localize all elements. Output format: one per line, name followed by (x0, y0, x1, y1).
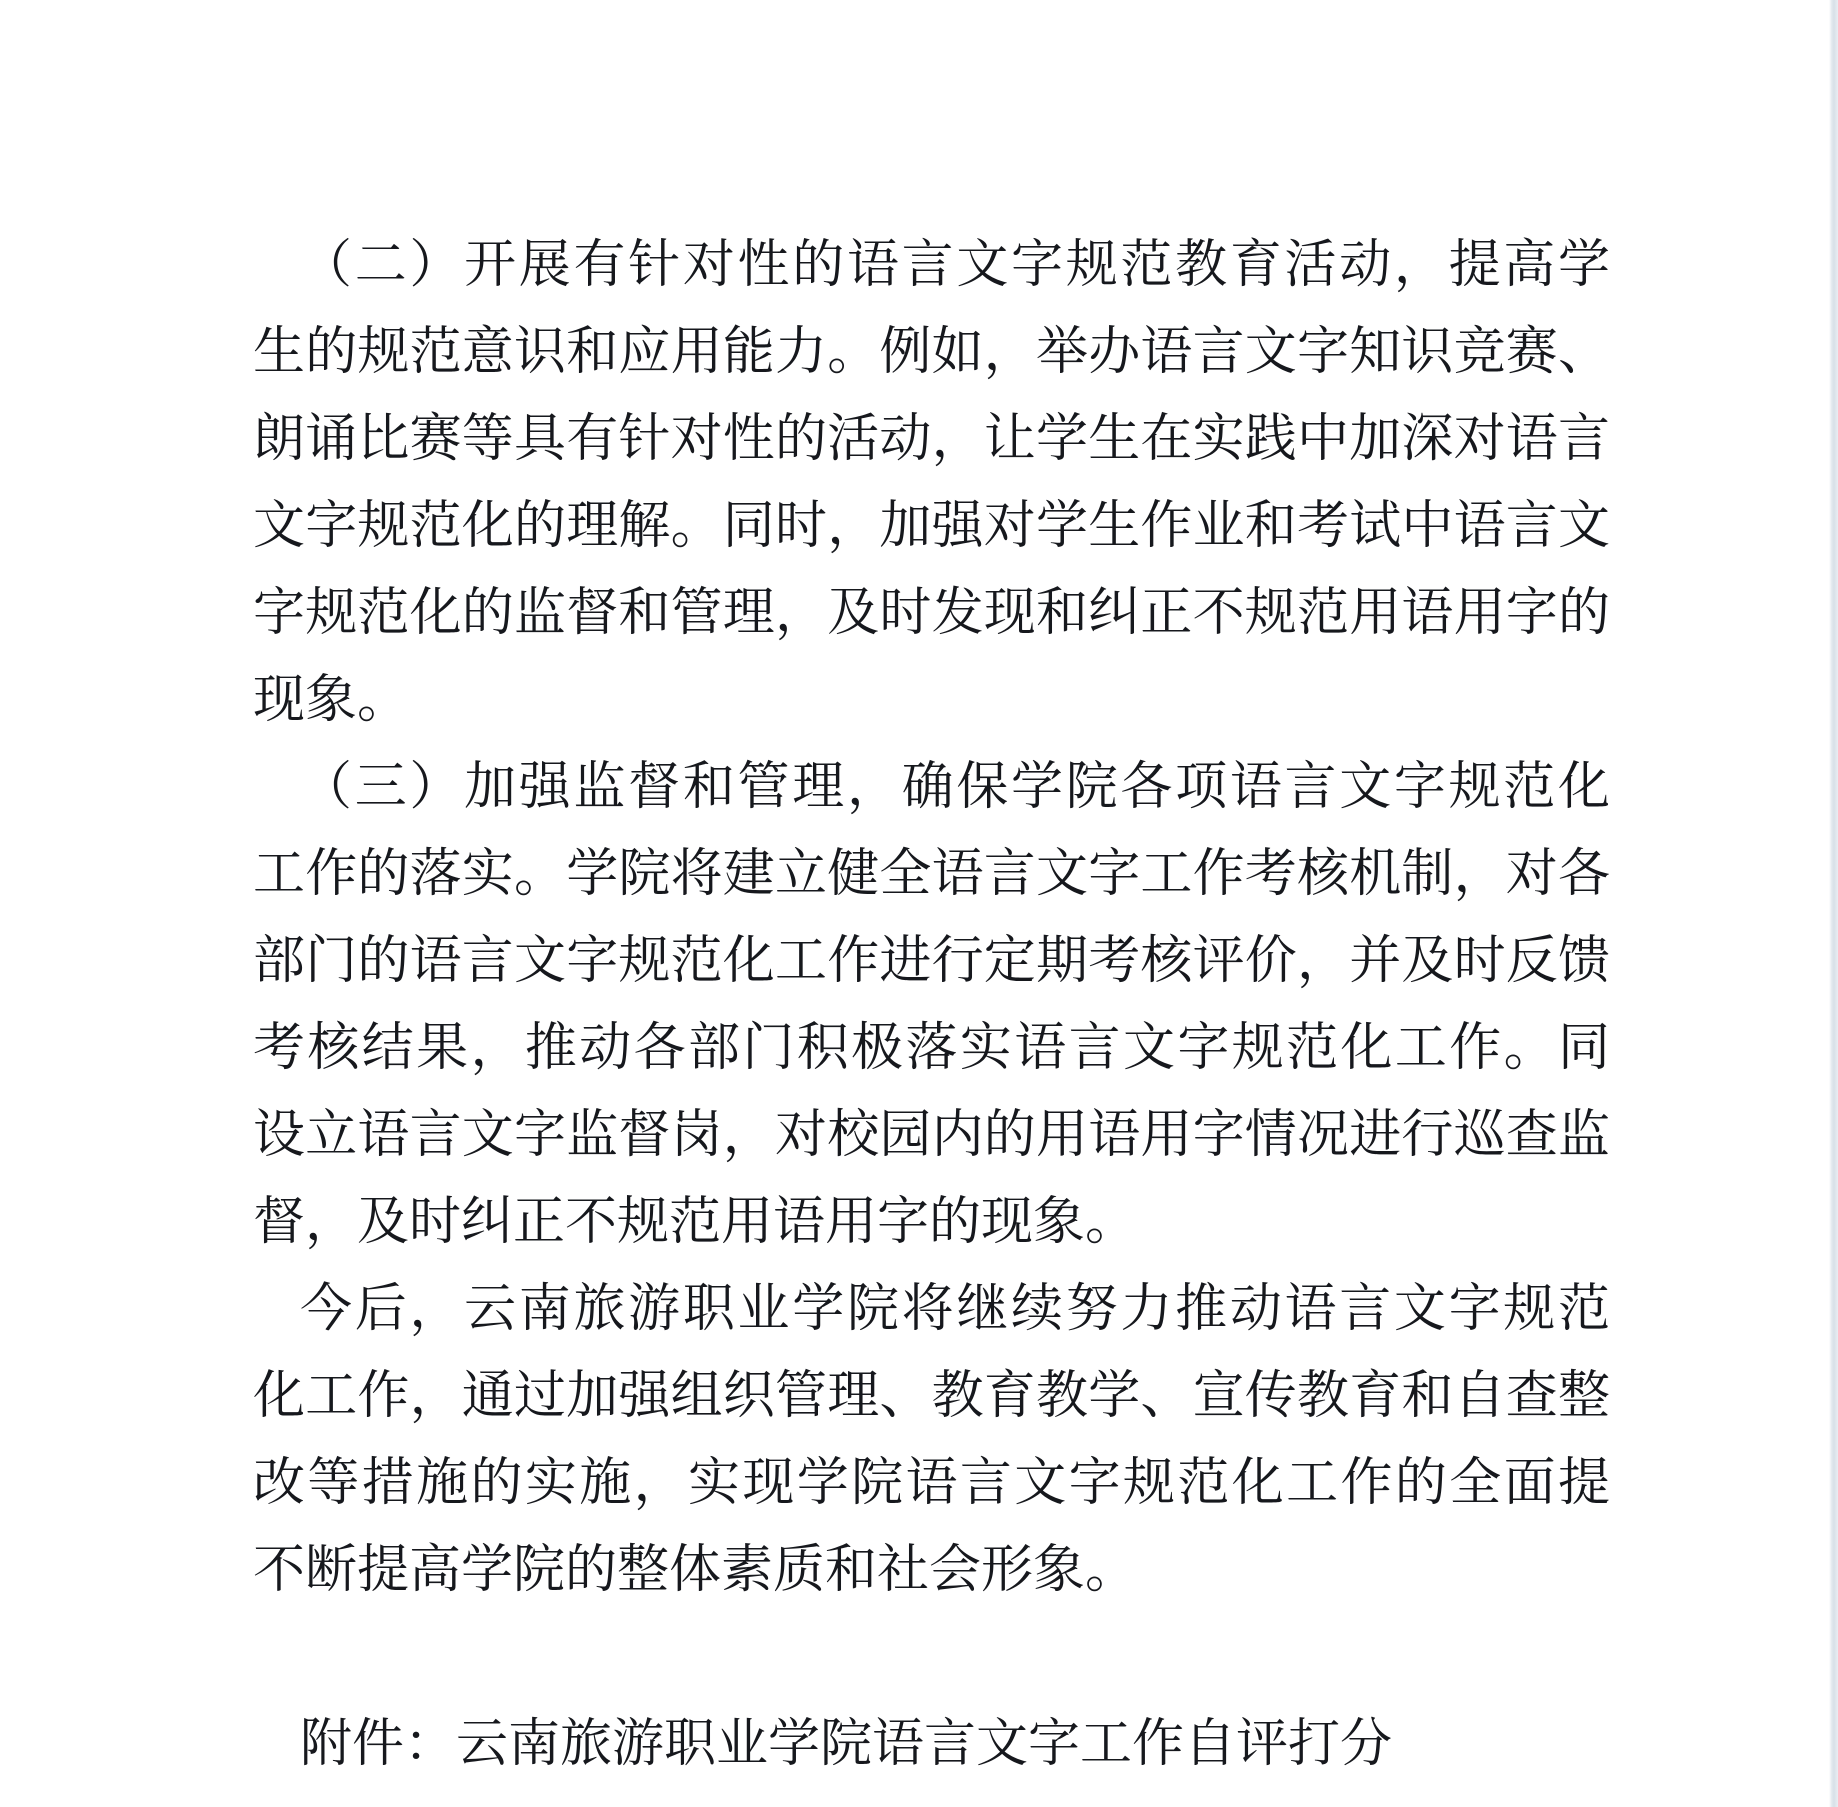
text-line: 字规范化的监督和管理，及时发现和纠正不规范用语用字的 (253, 570, 1610, 657)
document-viewer: （二）开展有针对性的语言文字规范教育活动，提高学 生的规范意识和应用能力。例如，… (0, 0, 1838, 1807)
text-line: 今后，云南旅游职业学院将继续努力推动语言文字规范 (253, 1266, 1610, 1353)
text-line: 朗诵比赛等具有针对性的活动，让学生在实践中加深对语言 (253, 396, 1610, 483)
blank-line (253, 1614, 1610, 1701)
document-page: （二）开展有针对性的语言文字规范教育活动，提高学 生的规范意识和应用能力。例如，… (253, 222, 1610, 1788)
scrollbar-track[interactable] (1829, 0, 1838, 1807)
text-line: （二）开展有针对性的语言文字规范教育活动，提高学 (253, 222, 1610, 309)
text-line: 化工作，通过加强组织管理、教育教学、宣传教育和自查整 (253, 1353, 1610, 1440)
text-line: 考核结果，推动各部门积极落实语言文字规范化工作。同时， (253, 1005, 1610, 1092)
text-line: 工作的落实。学院将建立健全语言文字工作考核机制，对各 (253, 831, 1610, 918)
text-line: 改等措施的实施，实现学院语言文字规范化工作的全面提升， (253, 1440, 1610, 1527)
text-line: 文字规范化的理解。同时，加强对学生作业和考试中语言文 (253, 483, 1610, 570)
text-line: 不断提高学院的整体素质和社会形象。 (253, 1527, 1610, 1614)
text-line: 生的规范意识和应用能力。例如，举办语言文字知识竞赛、 (253, 309, 1610, 396)
text-line: 设立语言文字监督岗，对校园内的用语用字情况进行巡查监 (253, 1092, 1610, 1179)
text-line: 部门的语言文字规范化工作进行定期考核评价，并及时反馈 (253, 918, 1610, 1005)
text-line: 现象。 (253, 657, 1610, 744)
attachment-line: 附件：云南旅游职业学院语言文字工作自评打分 (253, 1701, 1610, 1788)
text-line: 督，及时纠正不规范用语用字的现象。 (253, 1179, 1610, 1266)
text-line: （三）加强监督和管理，确保学院各项语言文字规范化 (253, 744, 1610, 831)
